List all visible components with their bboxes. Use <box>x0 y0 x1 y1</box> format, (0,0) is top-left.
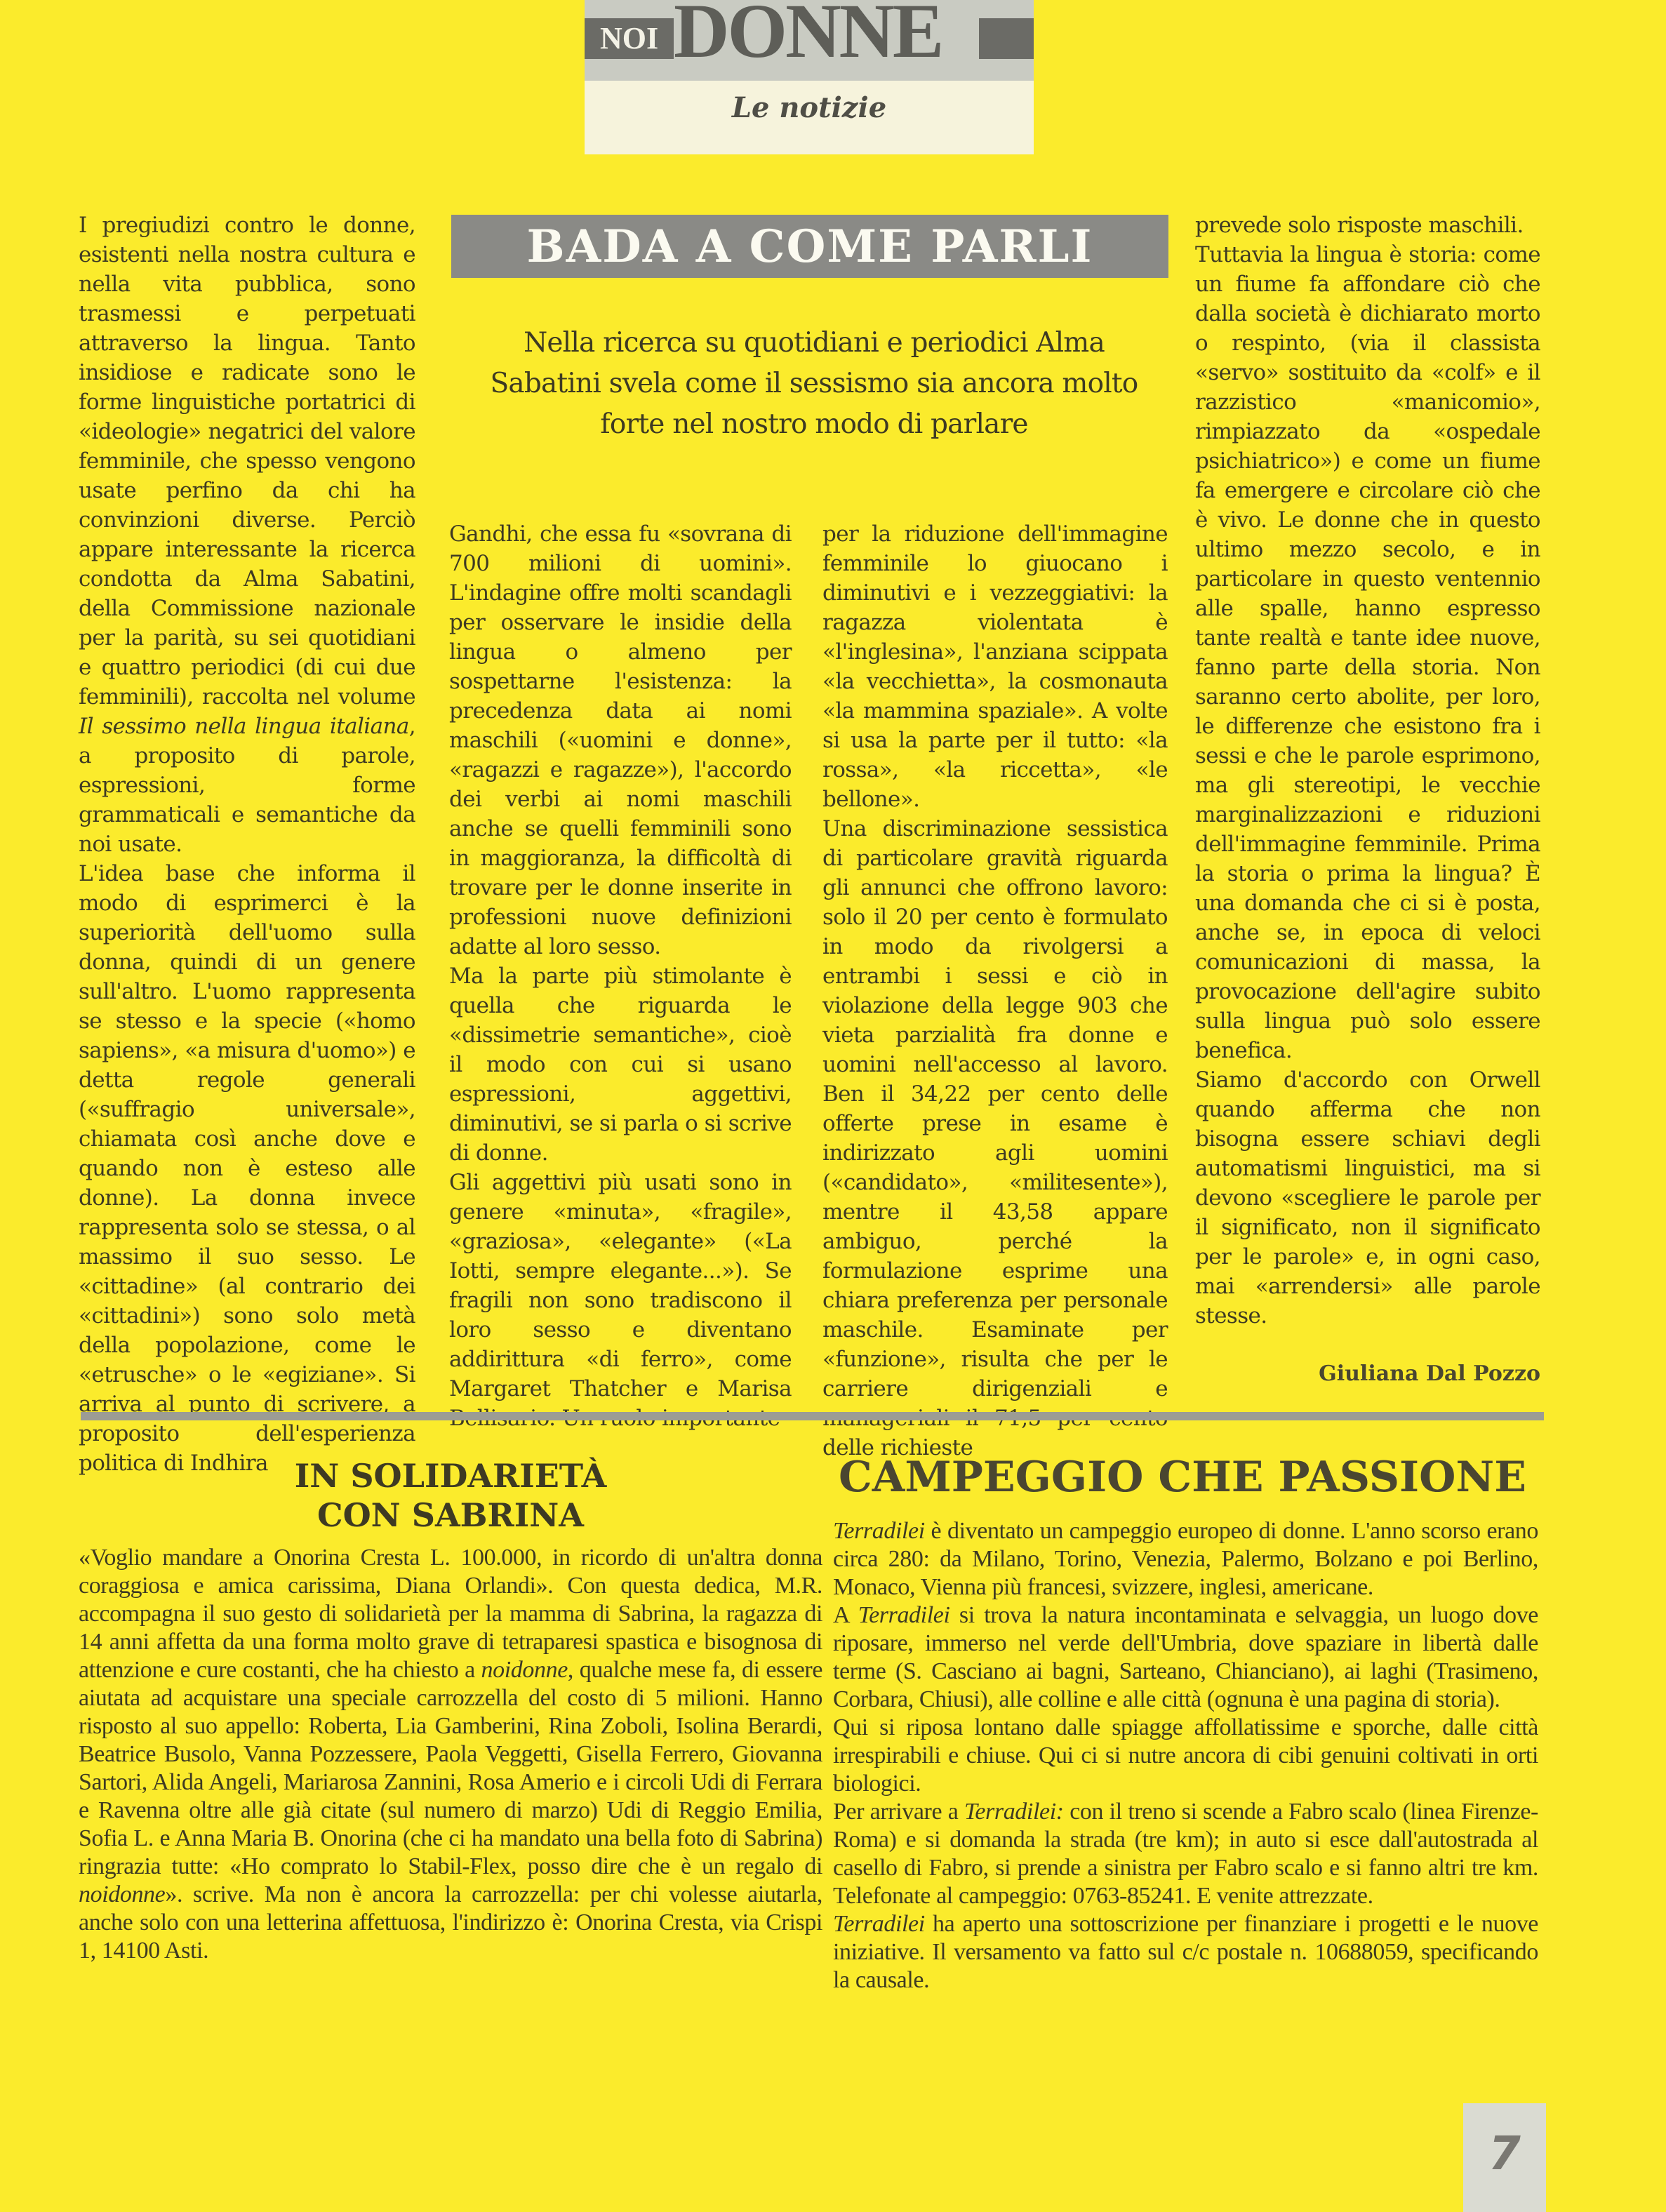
solidarity-headline: IN SOLIDARIETÀ CON SABRINA <box>79 1456 822 1535</box>
paragraph: Qui si riposa lontano dalle spiagge affo… <box>833 1714 1538 1798</box>
paragraph: Ma la parte più stimolante è quella che … <box>449 961 792 1168</box>
section-title: Le notizie <box>585 91 1034 124</box>
place-name: Terradilei: <box>964 1799 1064 1825</box>
page-number: 7 <box>1463 2126 1546 2180</box>
masthead-noi: NOI <box>585 18 674 59</box>
place-name: Terradilei <box>833 1518 925 1544</box>
text: A <box>833 1602 858 1628</box>
place-name: Terradilei <box>858 1602 950 1628</box>
text: I pregiudizi contro le donne, esistenti … <box>79 213 415 709</box>
camping-headline: CAMPEGGIO CHE PASSIONE <box>832 1453 1533 1502</box>
paragraph: L'idea base che informa il modo di espri… <box>79 859 415 1478</box>
paragraph: A Terradilei si trova la natura incontam… <box>833 1601 1538 1714</box>
magazine-name: noidonne <box>481 1657 568 1683</box>
solidarity-body: «Voglio mandare a Onorina Cresta L. 100.… <box>79 1544 822 1965</box>
text: , qualche mese fa, di essere aiutata ad … <box>79 1657 822 1879</box>
masthead-bar <box>979 18 1034 59</box>
book-title: Il sessimo nella lingua italiana <box>79 714 409 739</box>
paragraph: Tuttavia la lingua è storia: come un fiu… <box>1195 240 1540 1065</box>
main-headline: BADA A COME PARLI <box>451 215 1168 278</box>
main-standfirst: Nella ricerca su quotidiani e periodici … <box>477 323 1151 445</box>
headline-line: CON SABRINA <box>79 1495 822 1535</box>
paragraph: Gli aggettivi più usati sono in genere «… <box>449 1168 792 1433</box>
article-column-2: Gandhi, che essa fu «sovrana di 700 mili… <box>449 519 792 1433</box>
section-divider <box>81 1412 1544 1420</box>
paragraph: per la riduzione dell'immagine femminile… <box>822 519 1168 814</box>
article-column-4: prevede solo risposte maschili. Tuttavia… <box>1195 211 1540 1331</box>
paragraph: I pregiudizi contro le donne, esistenti … <box>79 211 415 859</box>
paragraph: Gandhi, che essa fu «sovrana di 700 mili… <box>449 519 792 961</box>
paragraph: Terradilei ha aperto una sottoscrizione … <box>833 1910 1538 1994</box>
masthead: NOI DONNE Le notizie <box>585 0 1034 154</box>
paragraph: «Voglio mandare a Onorina Cresta L. 100.… <box>79 1544 822 1965</box>
text: è diventato un campeggio europeo di donn… <box>833 1518 1538 1600</box>
paragraph: Per arrivare a Terradilei: con il treno … <box>833 1798 1538 1910</box>
paragraph: Siamo d'accordo con Orwell quando afferm… <box>1195 1065 1540 1331</box>
text: Per arrivare a <box>833 1799 964 1825</box>
paragraph: Terradilei è diventato un campeggio euro… <box>833 1517 1538 1601</box>
paragraph: Una discriminazione sessistica di partic… <box>822 814 1168 1463</box>
paragraph: prevede solo risposte maschili. <box>1195 211 1540 240</box>
camping-body: Terradilei è diventato un campeggio euro… <box>833 1517 1538 1994</box>
text: ». scrive. Ma non è ancora la carrozzell… <box>79 1881 822 1964</box>
place-name: Terradilei <box>833 1911 925 1937</box>
masthead-title: DONNE <box>674 0 942 66</box>
byline: Giuliana Dal Pozzo <box>1193 1361 1540 1386</box>
headline-line: IN SOLIDARIETÀ <box>79 1456 822 1495</box>
article-column-3: per la riduzione dell'immagine femminile… <box>822 519 1168 1463</box>
article-column-1: I pregiudizi contro le donne, esistenti … <box>79 211 415 1478</box>
text: ha aperto una sottoscrizione per finanzi… <box>833 1911 1538 1993</box>
magazine-name: noidonne <box>79 1881 165 1907</box>
